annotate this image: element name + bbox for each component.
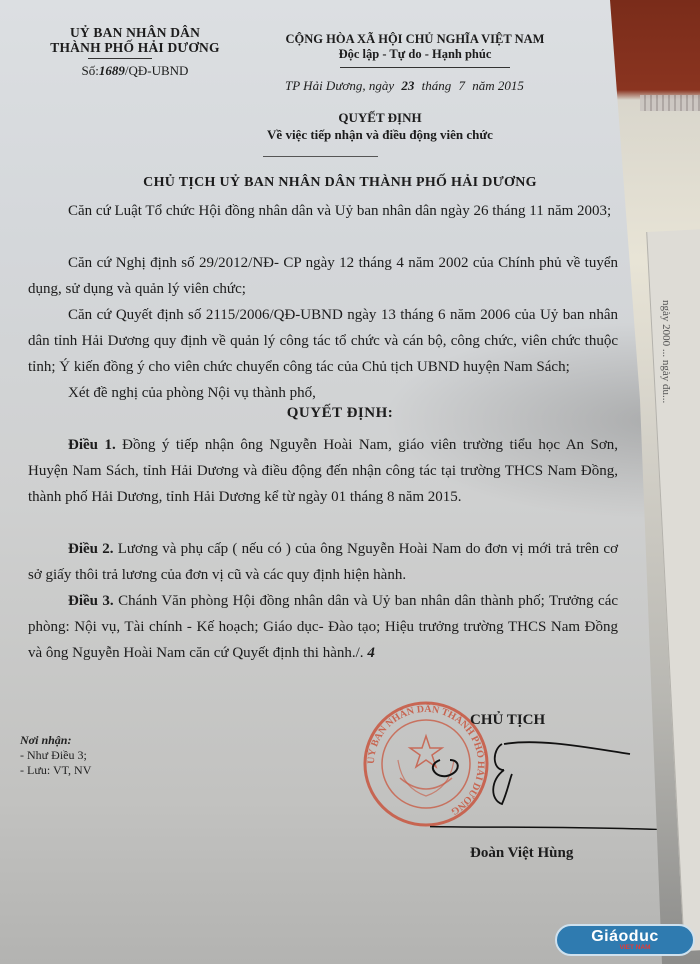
decision-document: UỶ BAN NHÂN DÂN THÀNH PHỐ HẢI DƯƠNG Số:1… <box>0 0 700 964</box>
article-2: Điều 2. Lương và phụ cấp ( nếu có ) của … <box>28 536 618 588</box>
document-number: Số:1689/QĐ-UBND <box>30 63 240 79</box>
national-motto-line2: Độc lập - Tự do - Hạnh phúc <box>255 47 575 62</box>
handwritten-mark: 4 <box>367 645 375 661</box>
document-title: QUYẾT ĐỊNH <box>160 110 600 126</box>
article-3-label: Điều 3. <box>68 593 114 609</box>
handwritten-signature-icon <box>430 730 670 830</box>
article-1-label: Điều 1. <box>68 437 116 453</box>
authority-heading: CHỦ TỊCH UỶ BAN NHÂN DÂN THÀNH PHỐ HẢI D… <box>40 175 640 191</box>
preamble-4: Xét đề nghị của phòng Nội vụ thành phố, <box>28 380 618 406</box>
issuing-authority-line1: UỶ BAN NHÂN DÂN <box>20 25 250 40</box>
document-subtitle: Về việc tiếp nhận và điều động viên chức <box>160 127 600 143</box>
document-date: TP Hải Dương, ngày 23 tháng 7 năm 2015 <box>285 78 524 94</box>
preamble-2: Căn cứ Nghị định số 29/2012/NĐ- CP ngày … <box>28 250 618 302</box>
recipient-item: - Như Điều 3; <box>20 748 91 763</box>
header-left-underline <box>88 58 152 59</box>
recipients-heading: Nơi nhận: <box>20 733 91 748</box>
national-motto-line1: CỘNG HÒA XÃ HỘI CHỦ NGHĨA VIỆT NAM <box>255 32 575 47</box>
title-underline <box>263 156 378 157</box>
issuing-authority-line2: THÀNH PHỐ HẢI DƯƠNG <box>20 40 250 55</box>
preamble-1: Căn cứ Luật Tổ chức Hội đồng nhân dân và… <box>28 198 618 224</box>
watermark-logo-main: Giáoduc <box>591 929 659 944</box>
date-day-handwritten: 23 <box>401 78 414 93</box>
article-2-label: Điều 2. <box>68 541 114 557</box>
watermark-logo-sub: VIET NAM <box>619 944 650 951</box>
adjacent-document-text: ngày 2000 ... ngày đu... <box>660 300 672 403</box>
article-3: Điều 3. Chánh Văn phòng Hội đồng nhân dâ… <box>28 588 618 666</box>
preamble-3: Căn cứ Quyết định số 2115/2006/QĐ-UBND n… <box>28 302 618 380</box>
article-1: Điều 1. Đồng ý tiếp nhận ông Nguyễn Hoài… <box>28 432 618 510</box>
recipients: Nơi nhận: - Như Điều 3; - Lưu: VT, NV <box>20 733 91 778</box>
signer-name: Đoàn Việt Hùng <box>470 845 573 862</box>
decision-heading: QUYẾT ĐỊNH: <box>40 405 640 422</box>
watermark-logo: Giáoduc VIET NAM <box>555 924 695 956</box>
recipient-item: - Lưu: VT, NV <box>20 763 91 778</box>
national-motto: CỘNG HÒA XÃ HỘI CHỦ NGHĨA VIỆT NAM Độc l… <box>255 32 575 62</box>
background-plastic-sleeve <box>640 95 700 111</box>
document-number-handwritten: 1689 <box>99 63 125 78</box>
issuing-authority: UỶ BAN NHÂN DÂN THÀNH PHỐ HẢI DƯƠNG <box>20 25 250 55</box>
signer-title: CHỦ TỊCH <box>470 712 545 729</box>
header-right-underline <box>340 67 510 68</box>
